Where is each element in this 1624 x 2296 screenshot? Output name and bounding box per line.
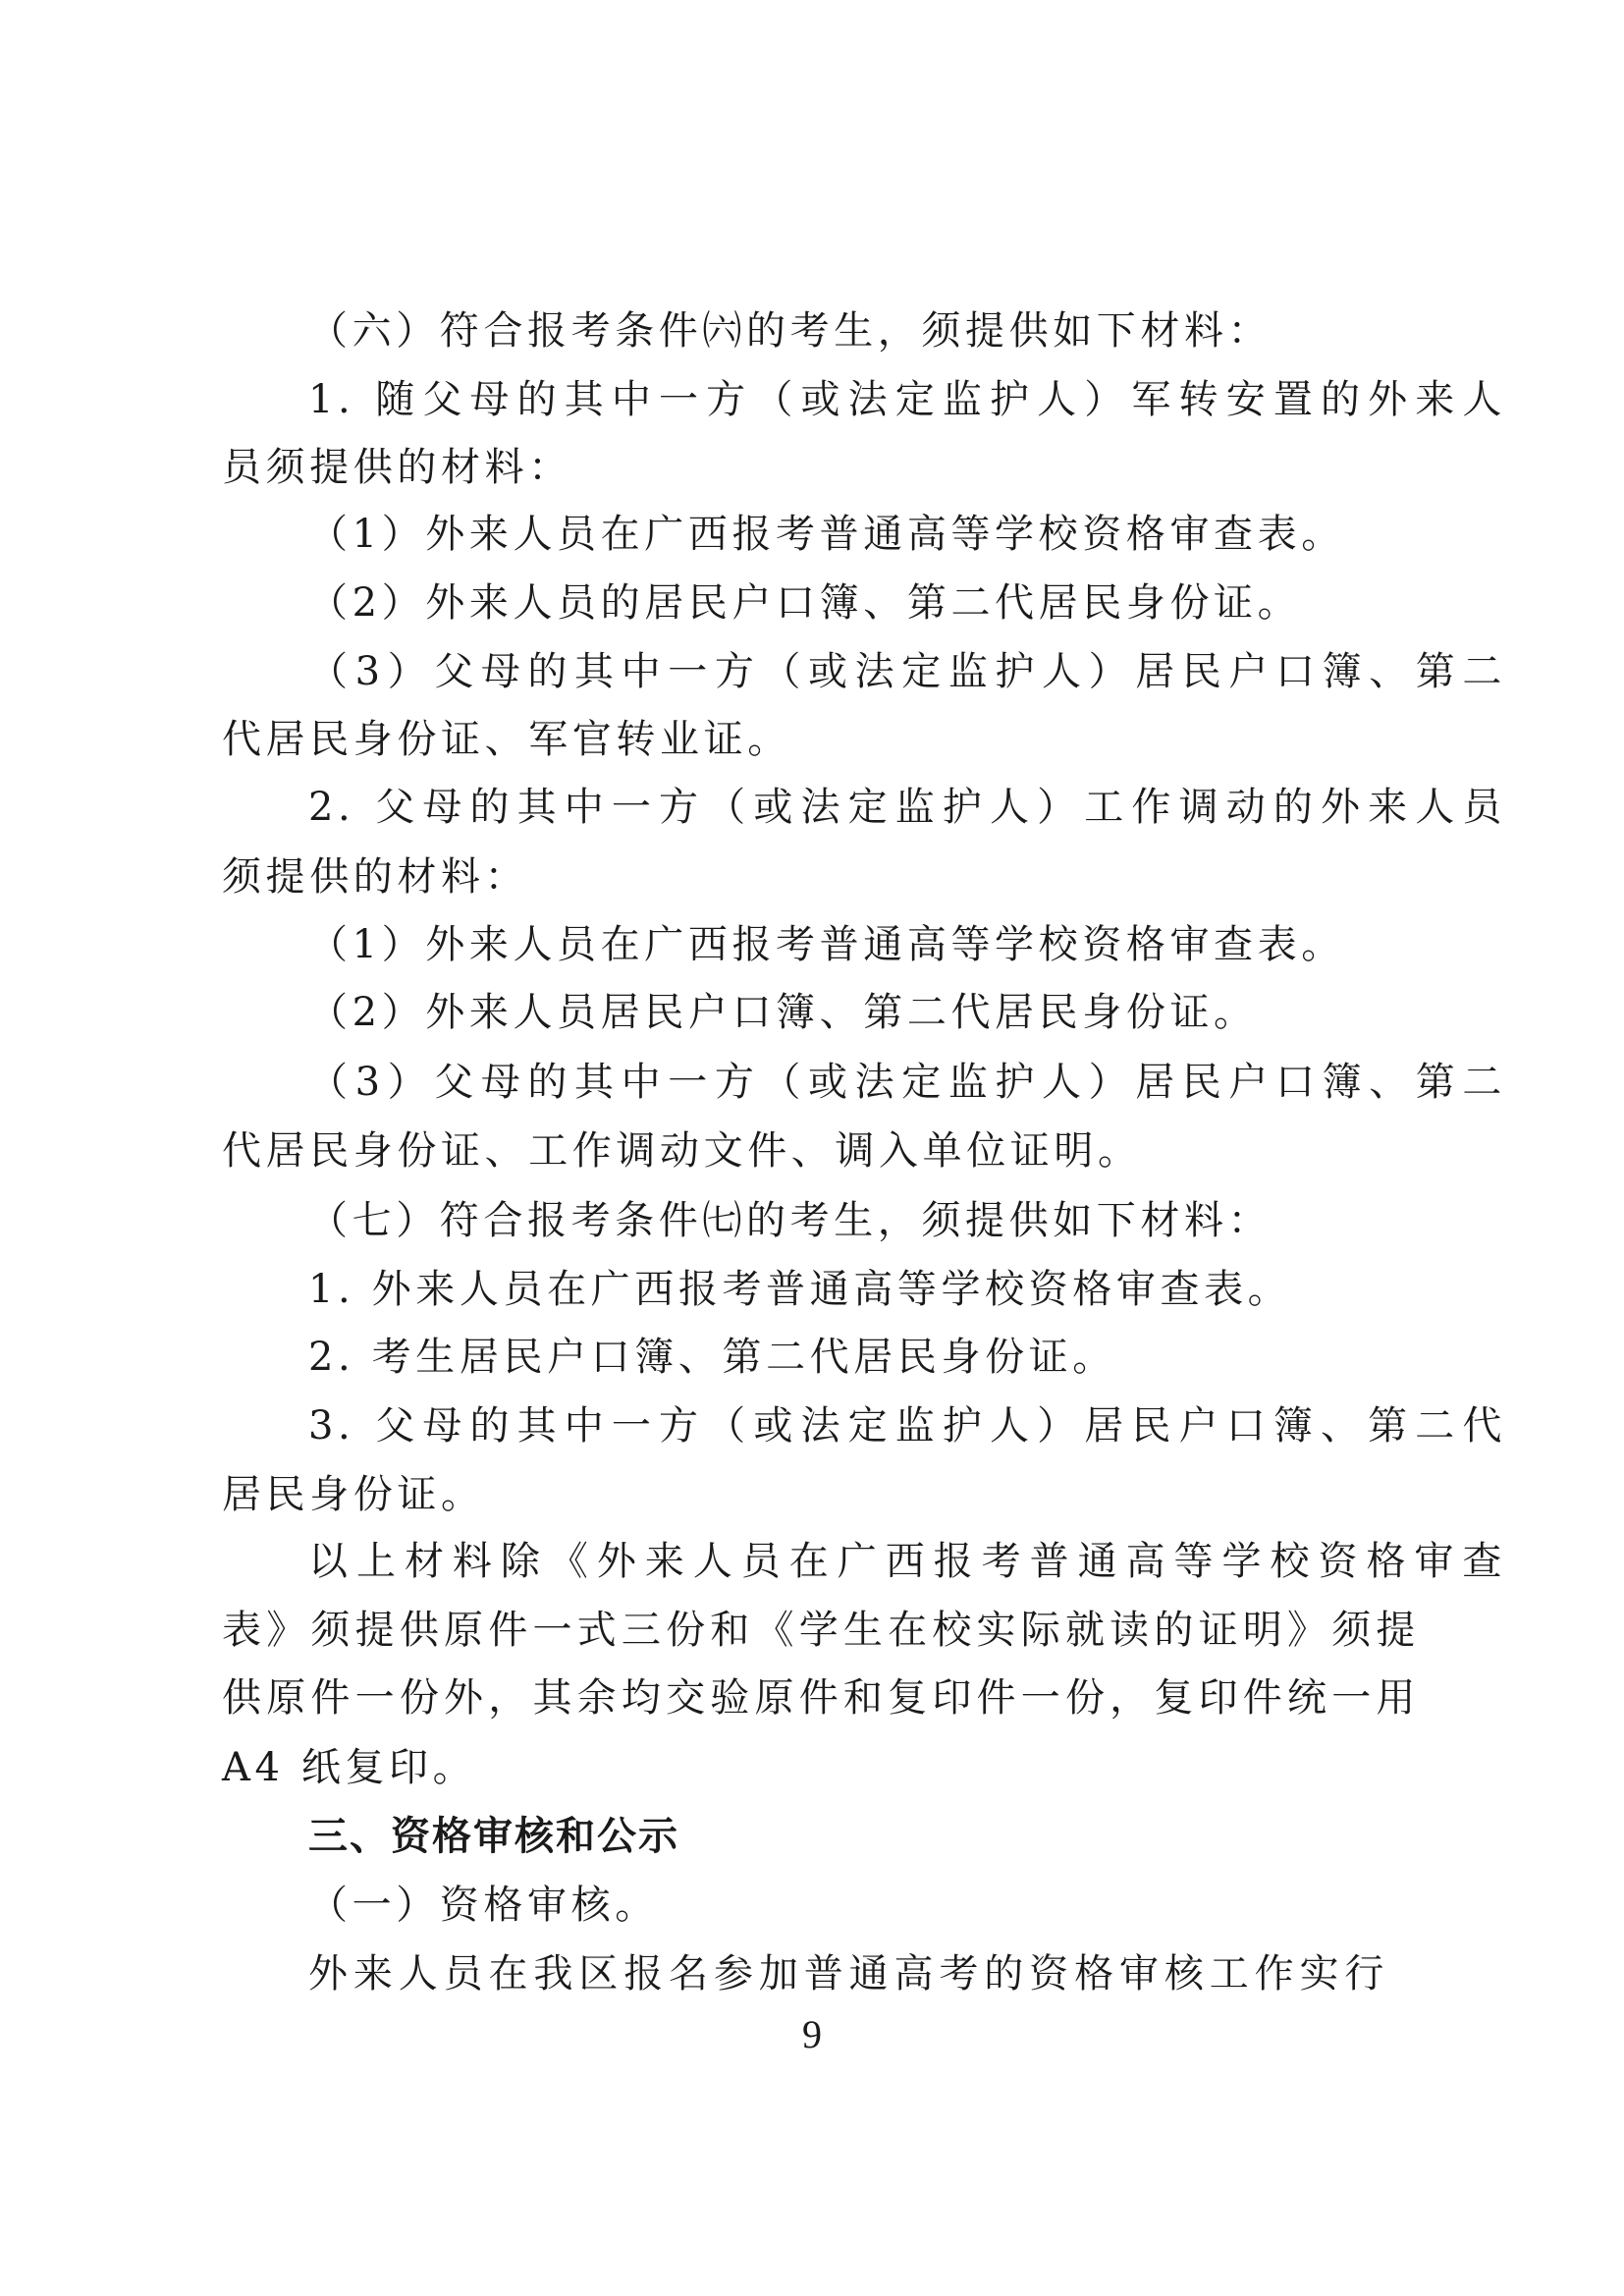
text-line: 2. 父母的其中一方（或法定监护人）工作调动的外来人员 bbox=[308, 778, 1506, 837]
text-line: 须提供的材料： bbox=[222, 847, 1420, 906]
text-line: （2）外来人员居民户口簿、第二代居民身份证。 bbox=[308, 983, 1506, 1042]
text-line: 3. 父母的其中一方（或法定监护人）居民户口簿、第二代 bbox=[308, 1396, 1506, 1455]
text-line: 1. 外来人员在广西报考普通高等学校资格审查表。 bbox=[308, 1260, 1506, 1319]
text-line: （3）父母的其中一方（或法定监护人）居民户口簿、第二 bbox=[308, 1053, 1506, 1112]
text-line: （3）父母的其中一方（或法定监护人）居民户口簿、第二 bbox=[308, 642, 1506, 701]
text-line: （一）资格审核。 bbox=[308, 1876, 1506, 1935]
text-line: 代居民身份证、军官转业证。 bbox=[222, 710, 1420, 769]
text-line: （1）外来人员在广西报考普通高等学校资格审查表。 bbox=[308, 915, 1506, 974]
document-page: （六）符合报考条件㈥的考生，须提供如下材料： 1. 随父母的其中一方（或法定监护… bbox=[0, 0, 1624, 2296]
text-line: （2）外来人员的居民户口簿、第二代居民身份证。 bbox=[308, 574, 1506, 632]
text-line: 员须提供的材料： bbox=[222, 438, 1420, 497]
text-line: 供原件一份外，其余均交验原件和复印件一份，复印件统一用 bbox=[222, 1668, 1420, 1727]
text-line: A4 纸复印。 bbox=[222, 1738, 1420, 1797]
text-line: 以上材料除《外来人员在广西报考普通高等学校资格审查 bbox=[308, 1532, 1506, 1591]
page-number: 9 bbox=[0, 2011, 1624, 2057]
text-line: 1. 随父母的其中一方（或法定监护人）军转安置的外来人 bbox=[308, 370, 1506, 429]
text-line: （1）外来人员在广西报考普通高等学校资格审查表。 bbox=[308, 505, 1506, 564]
text-line: 外来人员在我区报名参加普通高考的资格审核工作实行 bbox=[308, 1944, 1388, 2003]
text-line: （六）符合报考条件㈥的考生，须提供如下材料： bbox=[308, 301, 1506, 360]
text-line: 居民身份证。 bbox=[222, 1465, 1420, 1524]
text-line: （七）符合报考条件㈦的考生，须提供如下材料： bbox=[308, 1191, 1506, 1250]
text-line: 2. 考生居民户口簿、第二代居民身份证。 bbox=[308, 1328, 1506, 1387]
text-line: 表》须提供原件一式三份和《学生在校实际就读的证明》须提 bbox=[222, 1601, 1420, 1660]
text-line: 代居民身份证、工作调动文件、调入单位证明。 bbox=[222, 1121, 1420, 1180]
section-heading: 三、资格审核和公示 bbox=[308, 1807, 1506, 1866]
